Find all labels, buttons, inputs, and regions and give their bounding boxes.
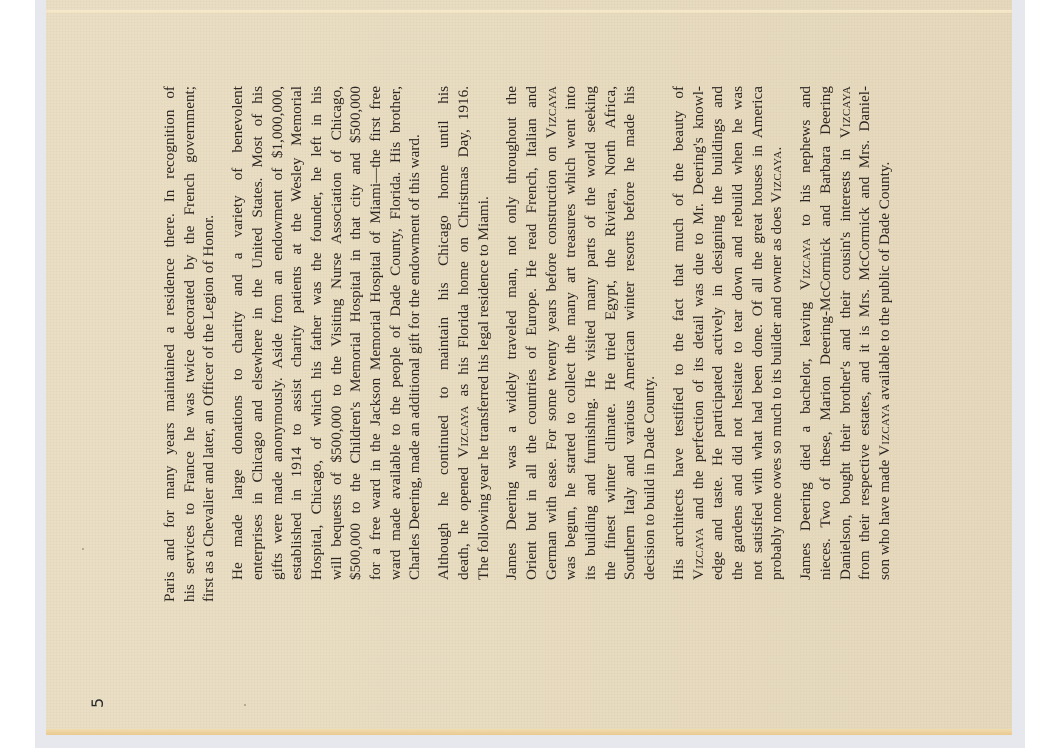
text-line: He made large donations to charity and a… [228,86,248,602]
text-line: Although he continued to maintain his Ch… [434,86,454,602]
text-line: decision to build in Dade County. [640,86,660,602]
paragraph: He made large donations to charity and a… [228,86,425,602]
text-line: edge and taste. He participated actively… [708,86,728,602]
text-line: Vizcaya and the perfection of its detail… [689,86,709,602]
text-line: Orient but in all the countries of Europ… [522,86,542,602]
text-line: nieces. Two of these, Marion Deering-McC… [816,86,836,602]
text-line: the gardens and did not hesitate to tear… [728,86,748,602]
vizcaya-small-caps: Vizcaya [837,86,854,138]
vizcaya-small-caps: Vizcaya [768,151,785,203]
vizcaya-small-caps: Vizcaya [455,406,472,458]
text-line: enterprises in Chicago and elsewhere in … [248,86,268,602]
text-line: gifts were made anonymously. Aside from … [268,86,288,602]
text-line: for a free ward in the Jackson Memorial … [366,86,386,602]
page-number: 5 [88,698,107,708]
text-line: James Deering was a widely traveled man,… [502,86,522,602]
text-line: the finest winter climate. He tried Egyp… [601,86,621,602]
text-line: was begun, he started to collect the man… [561,86,581,602]
paragraph: His architects have testified to the fac… [669,86,787,602]
text-line: $500,000 to the Children's Memorial Hosp… [346,86,366,602]
text-line: His architects have testified to the fac… [669,86,689,602]
text-line: The following year he transferred his le… [474,86,494,602]
text-line: Southern Italy and various American wint… [620,86,640,602]
text-line: death, he opened Vizcaya as his Florida … [454,86,474,602]
text-line: Paris and for many years maintained a re… [160,86,180,602]
text-line: first as a Chevalier and later, an Offic… [199,86,219,602]
text-line: ward made available to the people of Dad… [386,86,406,602]
vizcaya-small-caps: Vizcaya [690,528,707,580]
page-fold-highlight [46,10,1012,13]
text-line: Charles Deering, made an additional gift… [405,86,425,602]
body-text: Paris and for many years maintained a re… [160,86,895,602]
text-line: Hospital, Chicago, of which his father w… [307,86,327,602]
text-line: German with ease. For some twenty years … [542,86,562,602]
vizcaya-small-caps: Vizcaya [543,86,560,138]
vizcaya-small-caps: Vizcaya [797,238,814,290]
text-line: Danielson, bought their brother's and th… [836,86,856,602]
text-line: from their respective estates, and it is… [855,86,875,602]
text-line: not satisfied with what had been done. O… [748,86,768,602]
paragraph: Paris and for many years maintained a re… [160,86,219,602]
text-line: his services to France he was twice deco… [180,86,200,602]
paper-speck [82,548,84,550]
paragraph: James Deering died a bachelor, leaving V… [796,86,895,602]
text-line: will bequests of $500,000 to the Visitin… [327,86,347,602]
vizcaya-small-caps: Vizcaya [876,404,893,456]
paper-speck [244,704,246,706]
text-line: probably none owes so much to its builde… [767,86,787,602]
text-line: son who have made Vizcaya available to t… [875,86,895,602]
paragraph: Although he continued to maintain his Ch… [434,86,493,602]
page-bottom-edge [46,729,1012,735]
paragraph: James Deering was a widely traveled man,… [502,86,660,602]
text-line: its building and furnishing. He visited … [581,86,601,602]
text-line: James Deering died a bachelor, leaving V… [796,86,816,602]
text-line: established in 1914 to assist charity pa… [287,86,307,602]
